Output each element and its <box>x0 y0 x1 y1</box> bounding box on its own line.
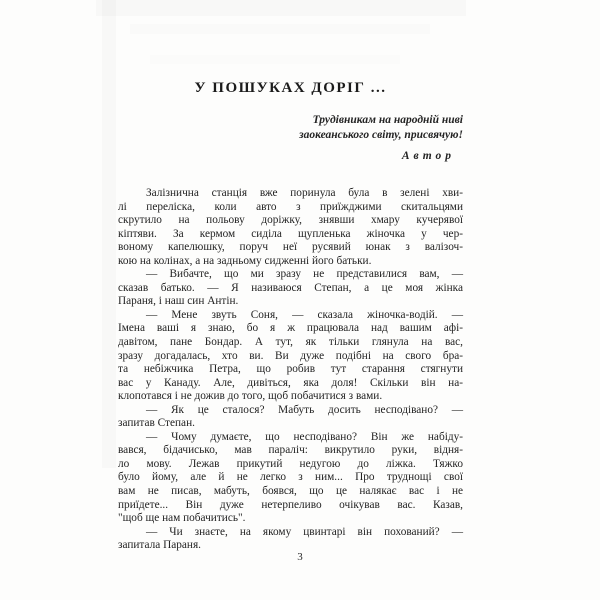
text-line: давітом, пане Бондар. А тут, як тільки г… <box>118 336 463 350</box>
page-number: 3 <box>0 551 600 563</box>
text-line: — Вибачте, що ми зразу не представилися … <box>118 268 463 282</box>
text-line: кою на колінах, а на задньому сидженні й… <box>118 255 463 269</box>
scan-artifact <box>102 0 116 468</box>
text-line: Імена ваші я знаю, бо я ж працювала над … <box>118 322 463 336</box>
text-line: вам не писав, мабуть, боявся, що це наля… <box>118 485 463 499</box>
text-line: клопотався і не дожив до того, щоб побач… <box>118 390 463 404</box>
text-line: зразу догадалась, хто ви. Ви дуже подібн… <box>118 350 463 364</box>
text-line: приїдете... Він дуже нетерпеливо очікува… <box>118 499 463 513</box>
text-line: "щоб ще нам побачитись". <box>118 512 463 526</box>
chapter-title: У ПОШУКАХ ДОРІГ ... <box>118 80 463 97</box>
paragraph: — Чи знаєте, на якому цвинтарі він похов… <box>118 526 463 553</box>
text-line: лі переліска, коли авто з приїжджими ски… <box>118 201 463 215</box>
text-line: було йому, але й не легко з ним... Про т… <box>118 471 463 485</box>
text-line: воному капелюшку, поруч неї русявий юнак… <box>118 241 463 255</box>
scan-artifact <box>150 55 400 64</box>
text-line: ло мову. Лежав прикутий недугою до ліжка… <box>118 458 463 472</box>
epigraph: Трудівникам на народній ниві заокеансько… <box>118 113 463 143</box>
text-line: кіптяви. За кермом сиділа щупленька жіно… <box>118 228 463 242</box>
book-page: У ПОШУКАХ ДОРІГ ... Трудівникам на народ… <box>0 0 600 600</box>
text-line: Параня, і наш син Антін. <box>118 295 463 309</box>
epigraph-line: Трудівникам на народній ниві <box>118 113 463 128</box>
text-column: У ПОШУКАХ ДОРІГ ... Трудівникам на народ… <box>118 80 463 553</box>
paragraph: — Вибачте, що ми зразу не представилися … <box>118 268 463 309</box>
scan-artifact <box>130 24 430 34</box>
text-line: — Як це сталося? Мабуть досить несподіва… <box>118 404 463 418</box>
text-line: та небіжчика Петра, що робив тут старанн… <box>118 363 463 377</box>
paragraph: — Мене звуть Соня, — сказала жіночка-вод… <box>118 309 463 404</box>
text-line: Залізнична станція вже поринула була в з… <box>118 187 463 201</box>
paragraph: — Чому думаєте, що несподівано? Він же н… <box>118 431 463 526</box>
text-line: — Мене звуть Соня, — сказала жіночка-вод… <box>118 309 463 323</box>
text-line: — Чи знаєте, на якому цвинтарі він похов… <box>118 526 463 540</box>
text-line: — Чому думаєте, що несподівано? Він же н… <box>118 431 463 445</box>
epigraph-signature: Автор <box>118 150 455 162</box>
text-line: вався, бідачисько, мав параліч: викрутил… <box>118 444 463 458</box>
text-line: вас у Канаду. Але, дивіться, яка доля! С… <box>118 377 463 391</box>
body-text: Залізнична станція вже поринула була в з… <box>118 187 463 553</box>
text-line: сказав батько. — Я називаюся Степан, а ц… <box>118 282 463 296</box>
paragraph: — Як це сталося? Мабуть досить несподіва… <box>118 404 463 431</box>
paragraph: Залізнична станція вже поринула була в з… <box>118 187 463 268</box>
text-line: запитав Степан. <box>118 417 463 431</box>
epigraph-line: заокеанського світу, присвячую! <box>118 128 463 143</box>
scan-artifact <box>96 0 466 16</box>
text-line: скрутило на польову доріжку, знявши хмар… <box>118 214 463 228</box>
